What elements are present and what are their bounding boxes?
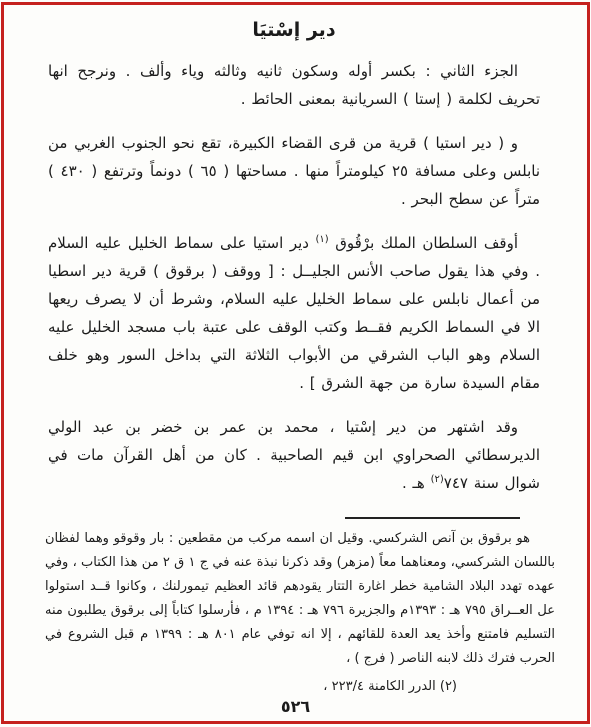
page-title: دير إسْتيَا <box>48 19 540 41</box>
page-body: دير إسْتيَا الجزء الثاني : بكسر أوله وسك… <box>0 0 591 497</box>
footnote: هو برقوق بن آنص الشركسي. وقيل ان اسمه مر… <box>45 527 555 671</box>
paragraph-text: دير استيا على سماط الخليل عليه السلام . … <box>48 234 540 392</box>
footnote: (٢) الدرر الكامنة ٢٢٣/٤ ، <box>45 675 555 699</box>
book-page: دير إسْتيَا الجزء الثاني : بكسر أوله وسك… <box>0 0 591 727</box>
footnote-marker: (٢) <box>431 474 444 485</box>
paragraph-text: أوقف السلطان الملك برْقُوق <box>329 234 518 252</box>
paragraph: أوقف السلطان الملك برْقُوق (١) دير استيا… <box>48 229 540 397</box>
paragraph: وقد اشتهر من دير إسْتيا ، محمد بن عمر بن… <box>48 413 540 497</box>
footnotes: هو برقوق بن آنص الشركسي. وقيل ان اسمه مر… <box>45 527 555 699</box>
footnote-section: هو برقوق بن آنص الشركسي. وقيل ان اسمه مر… <box>0 517 591 699</box>
paragraph: و ( دير استيا ) قرية من قرى القضاء الكبي… <box>48 129 540 213</box>
paragraph-text: الجزء الثاني : بكسر أوله وسكون ثانيه وثا… <box>48 62 540 108</box>
page-number: ٥٢٦ <box>0 697 591 716</box>
paragraph: الجزء الثاني : بكسر أوله وسكون ثانيه وثا… <box>48 57 540 113</box>
footnote-marker: (١) <box>316 234 329 245</box>
paragraph-text: وقد اشتهر من دير إسْتيا ، محمد بن عمر بن… <box>48 418 540 492</box>
body-text: الجزء الثاني : بكسر أوله وسكون ثانيه وثا… <box>48 57 540 497</box>
footnote-divider <box>345 517 520 519</box>
paragraph-text: و ( دير استيا ) قرية من قرى القضاء الكبي… <box>48 134 540 208</box>
paragraph-text: هـ . <box>402 474 431 492</box>
